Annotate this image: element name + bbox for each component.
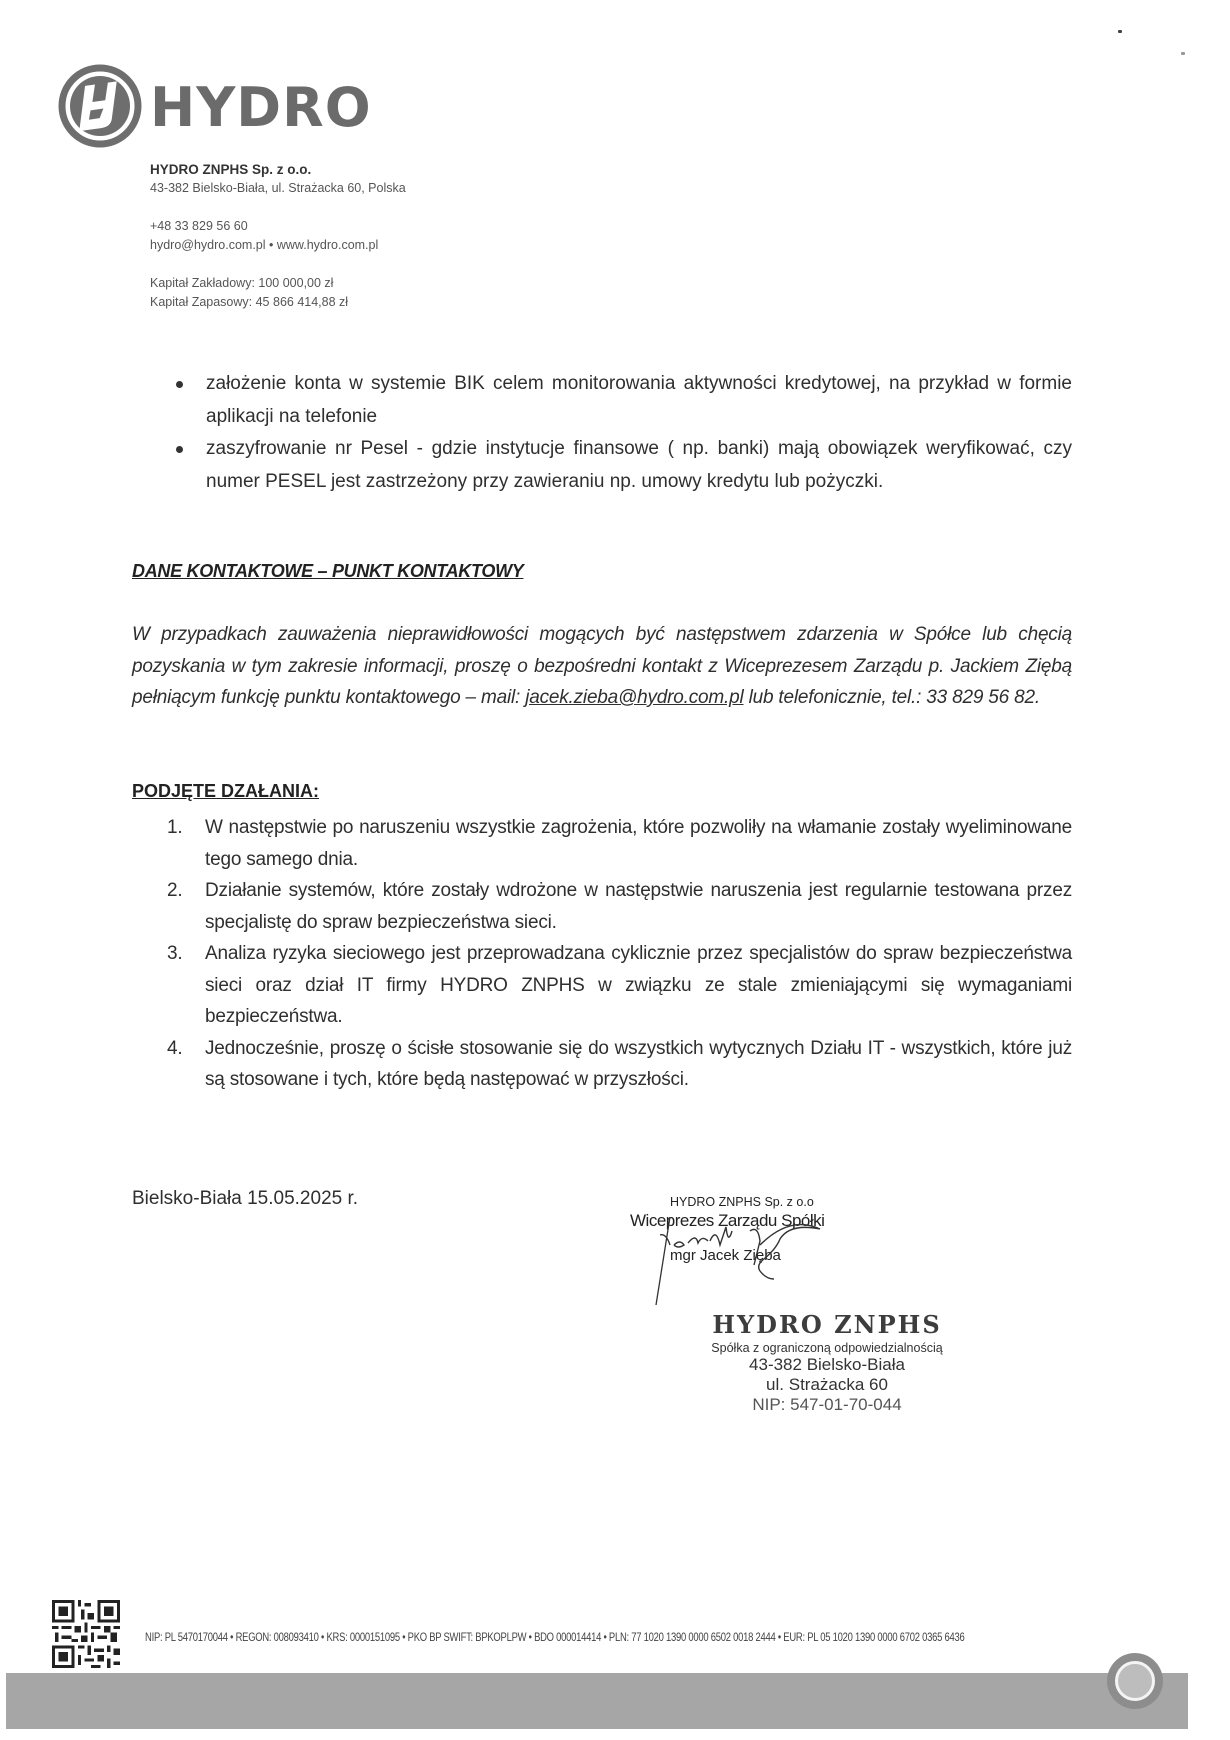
- company-email-web: hydro@hydro.com.pl • www.hydro.com.pl: [150, 236, 406, 255]
- bullet-dot-icon: [176, 381, 183, 388]
- contact-paragraph: W przypadkach zauważenia nieprawidłowośc…: [132, 619, 1072, 714]
- company-name: HYDRO ZNPHS Sp. z o.o.: [150, 160, 406, 179]
- capital-share: Kapitał Zakładowy: 100 000,00 zł: [150, 274, 406, 293]
- scan-speck: [1181, 52, 1185, 55]
- footer-bar: [6, 1673, 1188, 1729]
- footer-registry-info: NIP: PL 5470170044 • REGON: 008093410 • …: [145, 1632, 964, 1644]
- company-stamp: HYDRO ZNPHS Spółka z ograniczoną odpowie…: [672, 1310, 982, 1415]
- handwritten-signature-icon: [630, 1205, 860, 1315]
- company-address: 43-382 Bielsko-Biała, ul. Strażacka 60, …: [150, 179, 406, 198]
- action-item: 1.W następstwie po naruszeniu wszystkie …: [167, 812, 1072, 875]
- stamp-street: ul. Strażacka 60: [672, 1375, 982, 1395]
- bullet-item: zaszyfrowanie nr Pesel - gdzie instytucj…: [172, 433, 1072, 498]
- action-item: 4.Jednocześnie, proszę o ścisłe stosowan…: [167, 1033, 1072, 1096]
- bullet-item: założenie konta w systemie BIK celem mon…: [172, 368, 1072, 433]
- action-item: 3.Analiza ryzyka sieciowego jest przepro…: [167, 938, 1072, 1033]
- recommendation-bullets: założenie konta w systemie BIK celem mon…: [172, 368, 1072, 498]
- capital-reserve: Kapitał Zapasowy: 45 866 414,88 zł: [150, 293, 406, 312]
- footer-circle-inner-icon: [1115, 1661, 1155, 1701]
- bullet-dot-icon: [176, 446, 183, 453]
- actions-heading: PODJĘTE DZAŁANIA:: [132, 781, 319, 802]
- company-header: HYDRO ZNPHS Sp. z o.o. 43-382 Bielsko-Bi…: [150, 160, 406, 312]
- qr-code-icon[interactable]: [52, 1600, 120, 1668]
- contact-email-link[interactable]: jacek.zieba@hydro.com.pl: [525, 687, 743, 708]
- scan-speck: [1118, 30, 1122, 33]
- stamp-city: 43-382 Bielsko-Biała: [672, 1355, 982, 1375]
- contact-heading: DANE KONTAKTOWE – PUNKT KONTAKTOWY: [132, 561, 523, 582]
- stamp-nip: NIP: 547-01-70-044: [672, 1395, 982, 1415]
- stamp-title: HYDRO ZNPHS: [672, 1310, 982, 1339]
- action-item: 2.Działanie systemów, które zostały wdro…: [167, 875, 1072, 938]
- logo-wordmark: HYDRO: [150, 76, 372, 139]
- place-date: Bielsko-Biała 15.05.2025 r.: [132, 1188, 358, 1210]
- actions-list: 1.W następstwie po naruszeniu wszystkie …: [167, 812, 1072, 1096]
- signature-block: HYDRO ZNPHS Sp. z o.o Wiceprezes Zarządu…: [630, 1195, 930, 1325]
- hydro-logo-circle-icon: [58, 64, 142, 148]
- stamp-subtitle: Spółka z ograniczoną odpowiedzialnością: [672, 1341, 982, 1355]
- company-phone: +48 33 829 56 60: [150, 217, 406, 236]
